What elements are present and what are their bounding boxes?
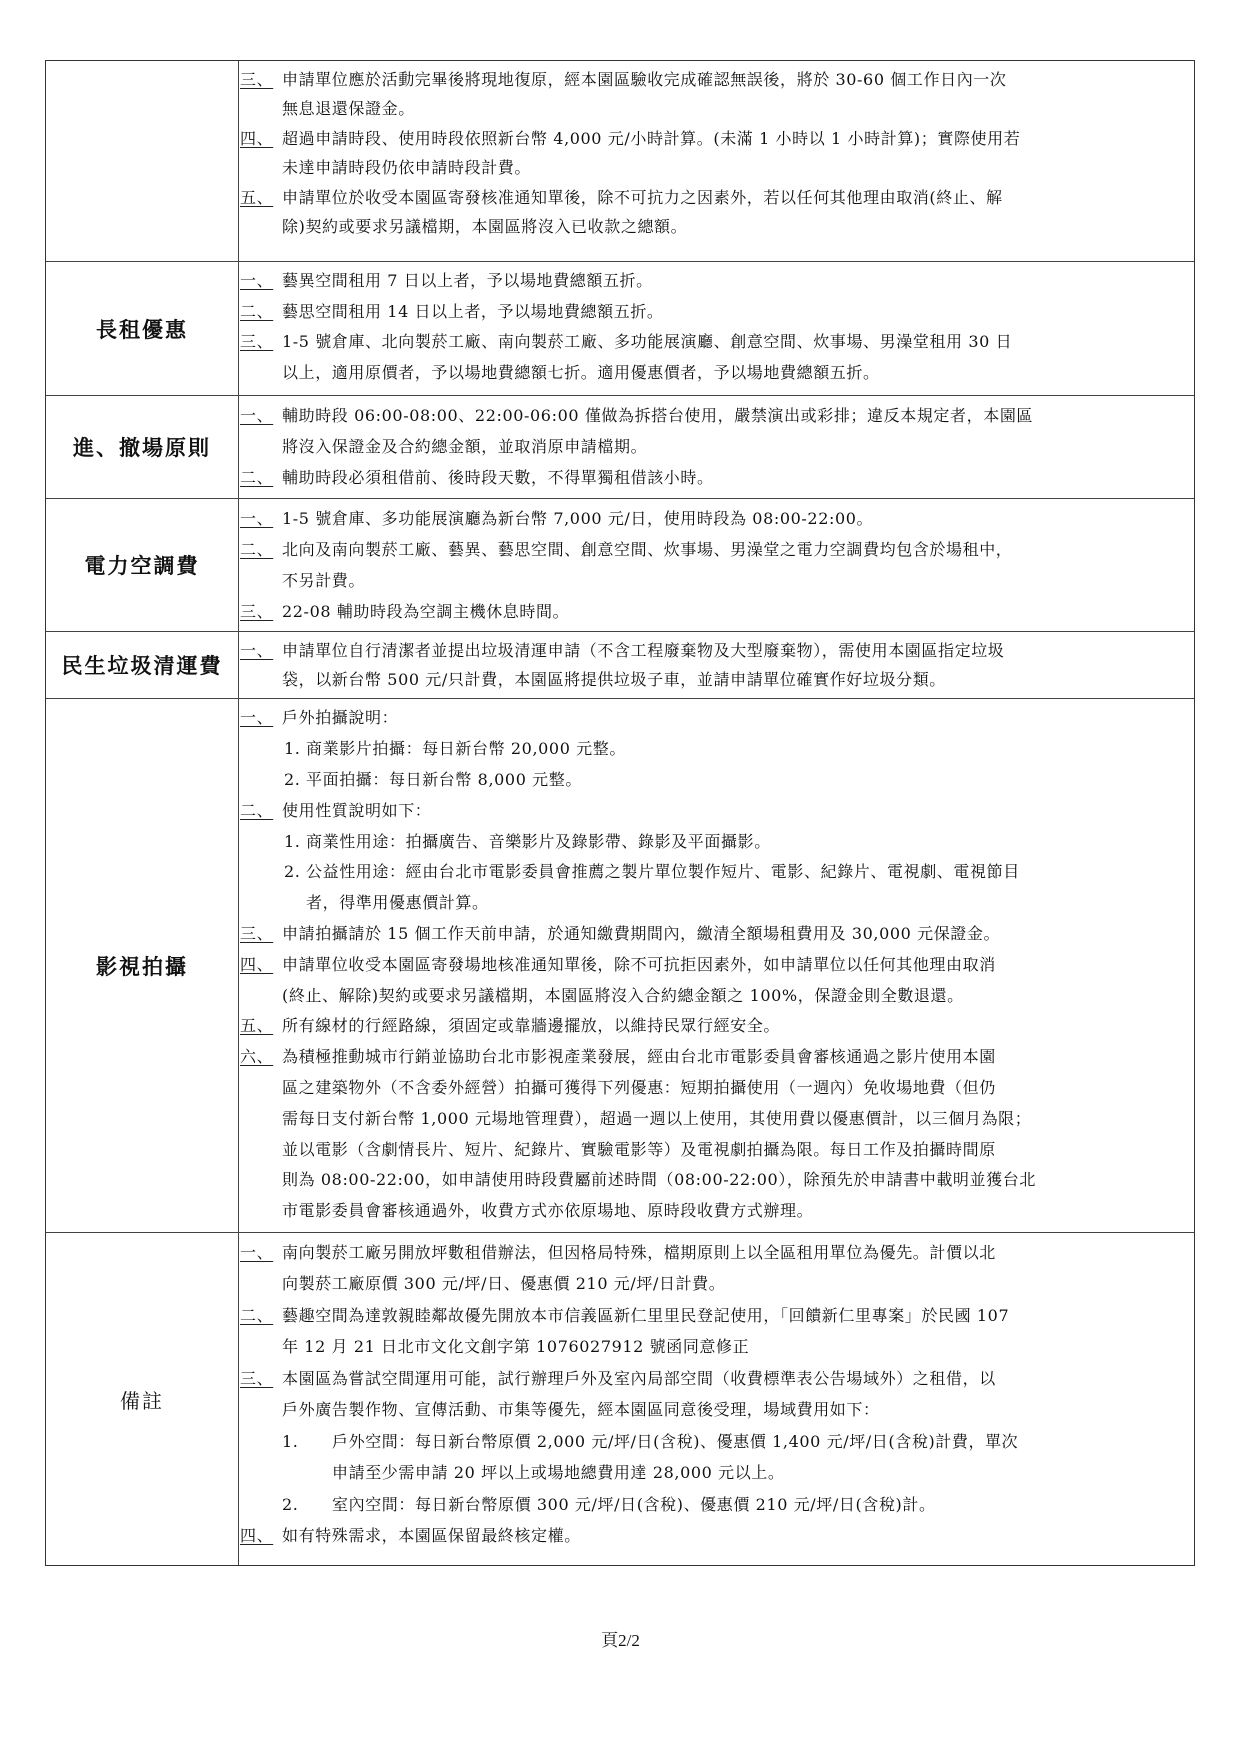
clause-line: 戶外廣告製作物、宣傳活動、市集等優先，經本園區同意後受理，場域費用如下： [239,1395,1188,1427]
clause-text: 2.公益性用途：經由台北市電影委員會推薦之製片單位製作短片、電影、紀錄片、電視劇… [282,862,1188,882]
row-film-shooting: 影視拍攝 一、戶外拍攝說明：1.商業影片拍攝：每日新台幣 20,000 元整。2… [46,698,1194,1232]
clause-line: 2.平面拍攝：每日新台幣 8,000 元整。 [239,765,1188,796]
clause-text: 使用性質說明如下： [282,801,1188,821]
clause-number: 四、 [239,1526,282,1546]
sub-item-text: 商業性用途：拍攝廣告、音樂影片及錄影帶、錄影及平面攝影。 [306,832,771,851]
clause-number: 四、 [239,955,282,975]
clause-line: 則為 08:00-22:00，如申請使用時段費屬前述時間（08:00-22:00… [239,1165,1188,1196]
clause-line: 二、藝思空間租用 14 日以上者，予以場地費總額五折。 [239,297,1188,328]
clause-number: 二、 [239,1306,282,1326]
clause-text: (終止、解除)契約或要求另議檔期，本園區將沒入合約總金額之 100%，保證金則全… [282,986,1188,1006]
clause-number: 一、 [239,509,282,529]
row-content: 一、戶外拍攝說明：1.商業影片拍攝：每日新台幣 20,000 元整。2.平面拍攝… [239,699,1194,1232]
fee-rules-table: 三、申請單位應於活動完畢後將現地復原，經本園區驗收完成確認無誤後，將於 30-6… [45,60,1195,1566]
clause-line: 二、北向及南向製菸工廠、藝異、藝思空間、創意空間、炊事場、男澡堂之電力空調費均包… [239,534,1188,565]
clause-line: 市電影委員會審核通過外，收費方式亦依原場地、原時段收費方式辦理。 [239,1196,1188,1227]
clause-text: 申請單位應於活動完畢後將現地復原，經本園區驗收完成確認無誤後，將於 30-60 … [282,70,1188,90]
clause-text: 者，得準用優惠價計算。 [282,893,1188,913]
clause-line: 三、本園區為嘗試空間運用可能，試行辦理戶外及室內局部空間（收費標準表公告場域外）… [239,1363,1188,1395]
row-label: 影視拍攝 [46,699,239,1232]
clause-line: 袋，以新台幣 500 元/只計費，本園區將提供垃圾子車，並請申請單位確實作好垃圾… [239,665,1188,694]
clause-number: 一、 [239,271,282,291]
sub-item-text: 室內空間：每日新台幣原價 300 元/坪/日(含稅)、優惠價 210 元/坪/日… [332,1495,936,1514]
clause-line: 五、申請單位於收受本園區寄發核准通知單後，除不可抗力之因素外，若以任何其他理由取… [239,183,1188,213]
clause-number: 三、 [239,332,282,352]
clause-text: 申請單位自行清潔者並提出垃圾清運申請（不含工程廢棄物及大型廢棄物），需使用本園區… [282,641,1188,661]
row-label [46,61,239,261]
clause-text: 除)契約或要求另議檔期，本園區將沒入已收款之總額。 [282,217,1188,237]
clause-text: 未達申請時段仍依申請時段計費。 [282,158,1188,178]
clause-text: 藝趣空間為達敦親睦鄰故優先開放本市信義區新仁里里民登記使用，「回饋新仁里專案」於… [282,1306,1188,1326]
clause-line: 一、南向製菸工廠另開放坪數租借辦法，但因格局特殊，檔期原則上以全區租用單位為優先… [239,1237,1188,1269]
clause-line: 年 12 月 21 日北市文化文創字第 1076027912 號函同意修正 [239,1332,1188,1364]
clause-line: 不另計費。 [239,565,1188,596]
sub-item-text: 平面拍攝：每日新台幣 8,000 元整。 [306,770,582,789]
clause-line: 需每日支付新台幣 1,000 元場地管理費），超過一週以上使用，其使用費以優惠價… [239,1103,1188,1134]
clause-line: (終止、解除)契約或要求另議檔期，本園區將沒入合約總金額之 100%，保證金則全… [239,980,1188,1011]
sub-item-number: 2. [284,770,306,790]
sub-item-number: 1. [284,739,306,759]
clause-line: 二、藝趣空間為達敦親睦鄰故優先開放本市信義區新仁里里民登記使用，「回饋新仁里專案… [239,1300,1188,1332]
clause-text: 則為 08:00-22:00，如申請使用時段費屬前述時間（08:00-22:00… [282,1170,1188,1190]
clause-line: 三、申請拍攝請於 15 個工作天前申請，於通知繳費期間內，繳清全額場租費用及 3… [239,919,1188,950]
sub-item-number: 2. [284,862,306,882]
clause-number: 一、 [239,641,282,661]
row-label: 長租優惠 [46,262,239,395]
clause-text: 為積極推動城市行銷並協助台北市影視產業發展，經由台北市電影委員會審核通過之影片使… [282,1047,1188,1067]
clause-text: 區之建築物外（不含委外經營）拍攝可獲得下列優惠：短期拍攝使用（一週內）免收場地費… [282,1078,1188,1098]
clause-line: 1.戶外空間：每日新台幣原價 2,000 元/坪/日(含稅)、優惠價 1,400… [239,1426,1188,1458]
row-content: 一、南向製菸工廠另開放坪數租借辦法，但因格局特殊，檔期原則上以全區租用單位為優先… [239,1233,1194,1565]
clause-text: 申請單位於收受本園區寄發核准通知單後，除不可抗力之因素外，若以任何其他理由取消(… [282,188,1188,208]
clause-number: 二、 [239,540,282,560]
clause-number: 三、 [239,1369,282,1389]
clause-text: 22-08 輔助時段為空調主機休息時間。 [282,602,1188,622]
clause-line: 申請至少需申請 20 坪以上或場地總費用達 28,000 元以上。 [239,1458,1188,1490]
clause-number: 二、 [239,302,282,322]
sub-item-number: 2. [282,1495,332,1515]
clause-line: 三、1-5 號倉庫、北向製菸工廠、南向製菸工廠、多功能展演廳、創意空間、炊事場、… [239,327,1188,358]
clause-text: 袋，以新台幣 500 元/只計費，本園區將提供垃圾子車，並請申請單位確實作好垃圾… [282,670,1188,690]
clause-line: 一、1-5 號倉庫、多功能展演廳為新台幣 7,000 元/日，使用時段為 08:… [239,503,1188,534]
clause-line: 並以電影（含劇情長片、短片、紀錄片、實驗電影等）及電視劇拍攝為限。每日工作及拍攝… [239,1134,1188,1165]
clause-text: 不另計費。 [282,571,1188,591]
clause-line: 向製菸工廠原價 300 元/坪/日、優惠價 210 元/坪/日計費。 [239,1269,1188,1301]
clause-number: 六、 [239,1047,282,1067]
clause-text: 如有特殊需求，本園區保留最終核定權。 [282,1526,1188,1546]
clause-text: 南向製菸工廠另開放坪數租借辦法，但因格局特殊，檔期原則上以全區租用單位為優先。計… [282,1243,1188,1263]
clause-line: 未達申請時段仍依申請時段計費。 [239,154,1188,184]
sub-item-number: 1. [282,1432,332,1452]
clause-text: 1-5 號倉庫、北向製菸工廠、南向製菸工廠、多功能展演廳、創意空間、炊事場、男澡… [282,332,1188,352]
clause-line: 無息退還保證金。 [239,95,1188,125]
sub-item-text: 者，得準用優惠價計算。 [306,893,489,912]
clause-text: 本園區為嘗試空間運用可能，試行辦理戶外及室內局部空間（收費標準表公告場域外）之租… [282,1369,1188,1389]
clause-number: 二、 [239,468,282,488]
clause-text: 並以電影（含劇情長片、短片、紀錄片、實驗電影等）及電視劇拍攝為限。每日工作及拍攝… [282,1140,1188,1160]
clause-line: 以上，適用原價者，予以場地費總額七折。適用優惠價者，予以場地費總額五折。 [239,358,1188,389]
clause-text: 需每日支付新台幣 1,000 元場地管理費），超過一週以上使用，其使用費以優惠價… [282,1109,1188,1129]
clause-number: 五、 [239,188,282,208]
clause-text: 2.平面拍攝：每日新台幣 8,000 元整。 [282,770,1188,790]
clause-number: 三、 [239,924,282,944]
sub-item-text: 戶外空間：每日新台幣原價 2,000 元/坪/日(含稅)、優惠價 1,400 元… [332,1432,1018,1451]
row-deposit-refund: 三、申請單位應於活動完畢後將現地復原，經本園區驗收完成確認無誤後，將於 30-6… [46,61,1194,261]
clause-text: 向製菸工廠原價 300 元/坪/日、優惠價 210 元/坪/日計費。 [282,1274,1188,1294]
clause-text: 北向及南向製菸工廠、藝異、藝思空間、創意空間、炊事場、男澡堂之電力空調費均包含於… [282,540,1188,560]
clause-text: 藝異空間租用 7 日以上者，予以場地費總額五折。 [282,271,1188,291]
clause-line: 一、申請單位自行清潔者並提出垃圾清運申請（不含工程廢棄物及大型廢棄物），需使用本… [239,636,1188,665]
clause-number: 一、 [239,406,282,426]
row-notes: 備註 一、南向製菸工廠另開放坪數租借辦法，但因格局特殊，檔期原則上以全區租用單位… [46,1232,1194,1565]
row-long-term-discount: 長租優惠 一、藝異空間租用 7 日以上者，予以場地費總額五折。二、藝思空間租用 … [46,261,1194,395]
clause-line: 除)契約或要求另議檔期，本園區將沒入已收款之總額。 [239,213,1188,243]
clause-line: 將沒入保證金及合約總金額，並取消原申請檔期。 [239,431,1188,462]
clause-text: 市電影委員會審核通過外，收費方式亦依原場地、原時段收費方式辦理。 [282,1201,1188,1221]
clause-number: 四、 [239,129,282,149]
clause-text: 1.商業性用途：拍攝廣告、音樂影片及錄影帶、錄影及平面攝影。 [282,832,1188,852]
clause-line: 三、申請單位應於活動完畢後將現地復原，經本園區驗收完成確認無誤後，將於 30-6… [239,65,1188,95]
clause-line: 者，得準用優惠價計算。 [239,888,1188,919]
sub-item-number: 1. [284,832,306,852]
clause-line: 四、申請單位收受本園區寄發場地核准通知單後，除不可抗拒因素外，如申請單位以任何其… [239,949,1188,980]
clause-text: 1.戶外空間：每日新台幣原價 2,000 元/坪/日(含稅)、優惠價 1,400… [282,1432,1188,1452]
clause-text: 藝思空間租用 14 日以上者，予以場地費總額五折。 [282,302,1188,322]
row-content: 一、藝異空間租用 7 日以上者，予以場地費總額五折。二、藝思空間租用 14 日以… [239,262,1194,395]
row-content: 一、輔助時段 06:00-08:00、22:00-06:00 僅做為拆搭台使用，… [239,396,1194,498]
sub-item-text: 公益性用途：經由台北市電影委員會推薦之製片單位製作短片、電影、紀錄片、電視劇、電… [306,862,1020,881]
clause-number: 三、 [239,70,282,90]
clause-number: 一、 [239,1243,282,1263]
sub-item-text: 商業影片拍攝：每日新台幣 20,000 元整。 [306,739,626,758]
clause-line: 二、輔助時段必須租借前、後時段天數，不得單獨租借該小時。 [239,462,1188,493]
clause-text: 年 12 月 21 日北市文化文創字第 1076027912 號函同意修正 [282,1337,1188,1357]
row-label: 備註 [46,1233,239,1565]
row-entry-exit-rules: 進、撤場原則 一、輔助時段 06:00-08:00、22:00-06:00 僅做… [46,395,1194,498]
clause-line: 2.室內空間：每日新台幣原價 300 元/坪/日(含稅)、優惠價 210 元/坪… [239,1489,1188,1521]
clause-text: 無息退還保證金。 [282,99,1188,119]
clause-text: 輔助時段必須租借前、後時段天數，不得單獨租借該小時。 [282,468,1188,488]
clause-text: 以上，適用原價者，予以場地費總額七折。適用優惠價者，予以場地費總額五折。 [282,363,1188,383]
row-label: 民生垃圾清運費 [46,632,239,698]
clause-line: 一、藝異空間租用 7 日以上者，予以場地費總額五折。 [239,266,1188,297]
clause-line: 1.商業影片拍攝：每日新台幣 20,000 元整。 [239,734,1188,765]
clause-line: 四、超過申請時段、使用時段依照新台幣 4,000 元/小時計算。(未滿 1 小時… [239,124,1188,154]
clause-text: 1-5 號倉庫、多功能展演廳為新台幣 7,000 元/日，使用時段為 08:00… [282,509,1188,529]
clause-line: 五、所有線材的行經路線，須固定或靠牆邊擺放，以維持民眾行經安全。 [239,1011,1188,1042]
page-number: 頁2/2 [0,1626,1241,1651]
clause-number: 一、 [239,708,282,728]
clause-text: 超過申請時段、使用時段依照新台幣 4,000 元/小時計算。(未滿 1 小時以 … [282,129,1188,149]
clause-text: 申請單位收受本園區寄發場地核准通知單後，除不可抗拒因素外，如申請單位以任何其他理… [282,955,1188,975]
clause-line: 一、戶外拍攝說明： [239,703,1188,734]
clause-line: 六、為積極推動城市行銷並協助台北市影視產業發展，經由台北市電影委員會審核通過之影… [239,1042,1188,1073]
clause-line: 二、使用性質說明如下： [239,795,1188,826]
clause-line: 三、22-08 輔助時段為空調主機休息時間。 [239,596,1188,627]
clause-number: 二、 [239,801,282,821]
clause-text: 戶外拍攝說明： [282,708,1188,728]
clause-text: 戶外廣告製作物、宣傳活動、市集等優先，經本園區同意後受理，場域費用如下： [282,1400,1188,1420]
sub-item-text: 申請至少需申請 20 坪以上或場地總費用達 28,000 元以上。 [332,1463,785,1482]
clause-text: 將沒入保證金及合約總金額，並取消原申請檔期。 [282,437,1188,457]
row-content: 一、申請單位自行清潔者並提出垃圾清運申請（不含工程廢棄物及大型廢棄物），需使用本… [239,632,1194,698]
clause-text: 2.室內空間：每日新台幣原價 300 元/坪/日(含稅)、優惠價 210 元/坪… [282,1495,1188,1515]
clause-line: 1.商業性用途：拍攝廣告、音樂影片及錄影帶、錄影及平面攝影。 [239,826,1188,857]
row-content: 一、1-5 號倉庫、多功能展演廳為新台幣 7,000 元/日，使用時段為 08:… [239,499,1194,631]
row-garbage-fee: 民生垃圾清運費 一、申請單位自行清潔者並提出垃圾清運申請（不含工程廢棄物及大型廢… [46,631,1194,698]
clause-text: 1.商業影片拍攝：每日新台幣 20,000 元整。 [282,739,1188,759]
clause-text: 輔助時段 06:00-08:00、22:00-06:00 僅做為拆搭台使用，嚴禁… [282,406,1188,426]
clause-text: 所有線材的行經路線，須固定或靠牆邊擺放，以維持民眾行經安全。 [282,1016,1188,1036]
clause-number: 五、 [239,1016,282,1036]
clause-line: 區之建築物外（不含委外經營）拍攝可獲得下列優惠：短期拍攝使用（一週內）免收場地費… [239,1073,1188,1104]
row-label: 進、撤場原則 [46,396,239,498]
clause-text: 申請至少需申請 20 坪以上或場地總費用達 28,000 元以上。 [282,1463,1188,1483]
clause-text: 申請拍攝請於 15 個工作天前申請，於通知繳費期間內，繳清全額場租費用及 30,… [282,924,1188,944]
row-content: 三、申請單位應於活動完畢後將現地復原，經本園區驗收完成確認無誤後，將於 30-6… [239,61,1194,261]
row-label: 電力空調費 [46,499,239,631]
clause-line: 2.公益性用途：經由台北市電影委員會推薦之製片單位製作短片、電影、紀錄片、電視劇… [239,857,1188,888]
clause-number: 三、 [239,602,282,622]
clause-line: 四、如有特殊需求，本園區保留最終核定權。 [239,1521,1188,1553]
clause-line: 一、輔助時段 06:00-08:00、22:00-06:00 僅做為拆搭台使用，… [239,400,1188,431]
row-power-ac-fee: 電力空調費 一、1-5 號倉庫、多功能展演廳為新台幣 7,000 元/日，使用時… [46,498,1194,631]
